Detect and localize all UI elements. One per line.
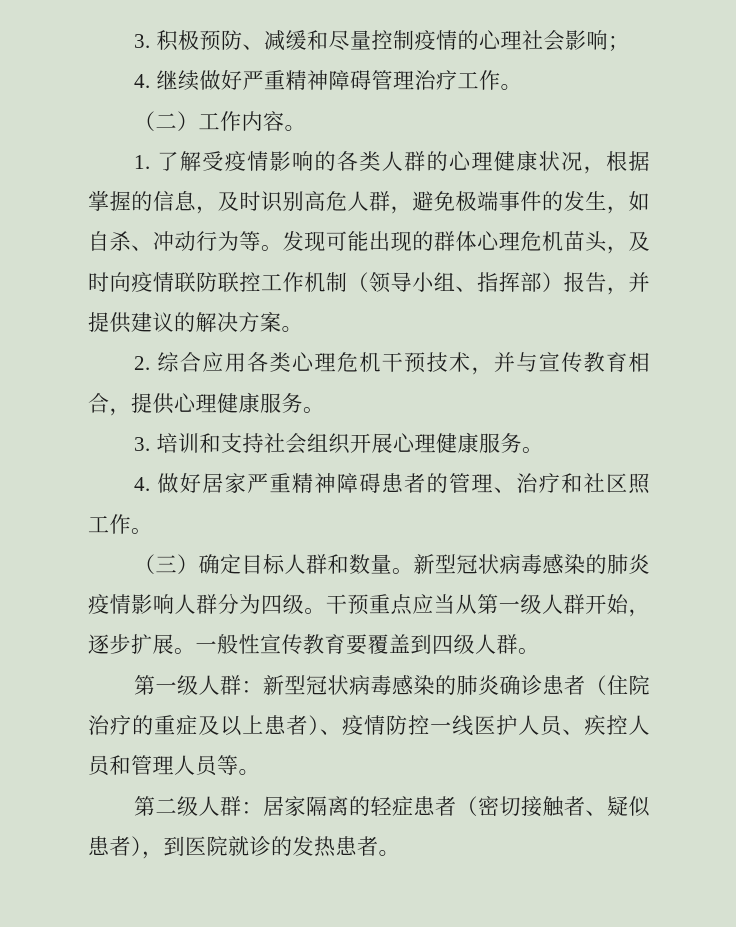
doc-line: 第二级人群：居家隔离的轻症患者（密切接触者、疑似 <box>88 787 650 827</box>
doc-line: 逐步扩展。一般性宣传教育要覆盖到四级人群。 <box>88 625 650 665</box>
doc-line: 1. 了解受疫情影响的各类人群的心理健康状况，根据所 <box>88 142 650 182</box>
doc-line: 掌握的信息，及时识别高危人群，避免极端事件的发生，如 <box>88 182 650 222</box>
doc-line: 员和管理人员等。 <box>88 746 650 786</box>
doc-line: 提供建议的解决方案。 <box>88 303 650 343</box>
doc-line: 工作。 <box>88 505 650 545</box>
doc-line: 3. 积极预防、减缓和尽量控制疫情的心理社会影响； <box>88 21 650 61</box>
doc-line: 疫情影响人群分为四级。干预重点应当从第一级人群开始， <box>88 585 650 625</box>
document-text-block: 3. 积极预防、减缓和尽量控制疫情的心理社会影响； 4. 继续做好严重精神障碍管… <box>88 21 650 867</box>
doc-line: 治疗的重症及以上患者）、疫情防控一线医护人员、疾控人 <box>88 706 650 746</box>
doc-line: 第一级人群：新型冠状病毒感染的肺炎确诊患者（住院 <box>88 666 650 706</box>
doc-line: （二）工作内容。 <box>88 102 650 142</box>
doc-line: 自杀、冲动行为等。发现可能出现的群体心理危机苗头，及 <box>88 222 650 262</box>
doc-line: 4. 做好居家严重精神障碍患者的管理、治疗和社区照护 <box>88 464 650 504</box>
doc-line: 2. 综合应用各类心理危机干预技术，并与宣传教育相结 <box>88 343 650 383</box>
doc-line: （三）确定目标人群和数量。新型冠状病毒感染的肺炎 <box>88 545 650 585</box>
doc-line: 4. 继续做好严重精神障碍管理治疗工作。 <box>88 61 650 101</box>
doc-line: 3. 培训和支持社会组织开展心理健康服务。 <box>88 424 650 464</box>
doc-line: 时向疫情联防联控工作机制（领导小组、指挥部）报告，并 <box>88 263 650 303</box>
doc-line: 患者），到医院就诊的发热患者。 <box>88 827 650 867</box>
document-page: 3. 积极预防、减缓和尽量控制疫情的心理社会影响； 4. 继续做好严重精神障碍管… <box>0 0 736 927</box>
doc-line: 合，提供心理健康服务。 <box>88 384 650 424</box>
